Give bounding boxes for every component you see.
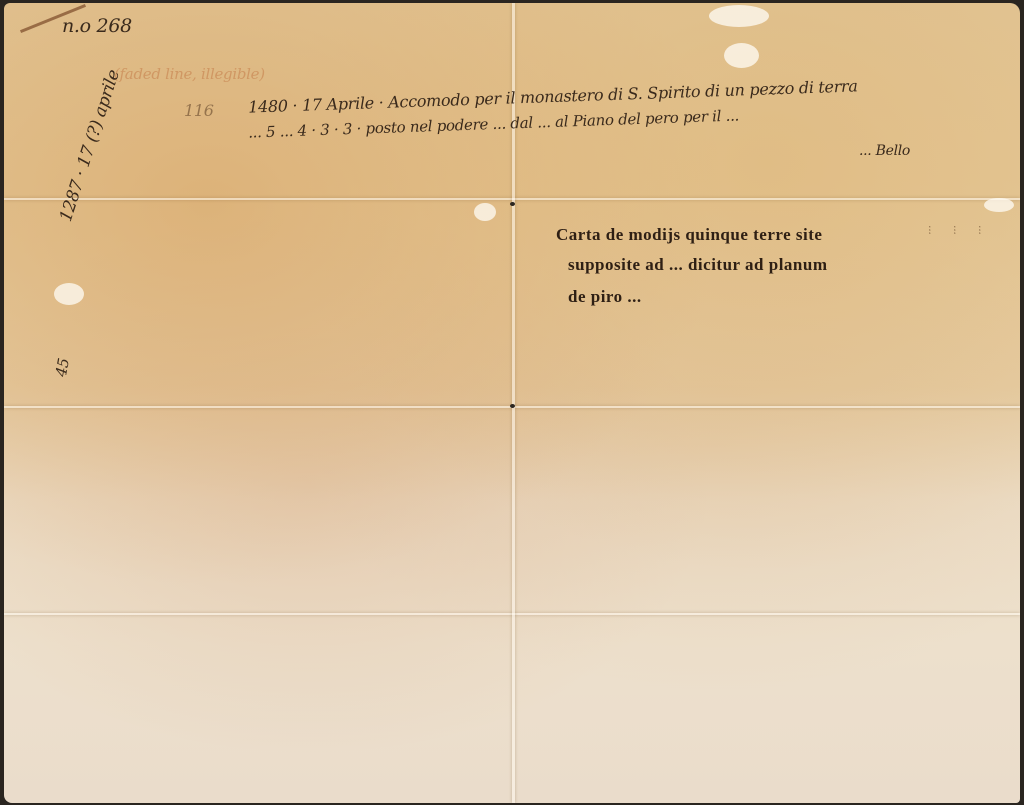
right-margin-note-3: ... [976, 225, 989, 235]
left-margin-small-number: 116 [184, 101, 214, 120]
right-margin-note-2: ... [951, 225, 964, 235]
main-note-line-1: 1480 · 17 Aprile · Accomodo per il monas… [248, 76, 858, 116]
docket-line-2: supposite ad ... dicitur ad planum [568, 255, 827, 275]
wear-spot [984, 198, 1014, 212]
wear-spot [474, 203, 496, 221]
wear-spot [54, 283, 84, 305]
left-margin-number: 45 [52, 357, 73, 378]
faded-line: (faded line, illegible) [114, 65, 265, 83]
right-margin-note-1: ... [926, 225, 939, 235]
stitch-hole [510, 202, 515, 206]
wear-spot [709, 5, 769, 27]
docket-line-1: Carta de modijs quinque terre site [556, 225, 822, 245]
docket-line-3: de piro ... [568, 287, 642, 307]
left-margin-date: 1287 · 17 (?) aprile [56, 67, 124, 224]
wear-spot [724, 43, 759, 68]
main-note-line-3: ... Bello [859, 143, 910, 159]
parchment-document: n.o 268 (faded line, illegible) 1287 · 1… [4, 3, 1020, 803]
reference-number: n.o 268 [62, 15, 132, 37]
stitch-hole [510, 404, 515, 408]
